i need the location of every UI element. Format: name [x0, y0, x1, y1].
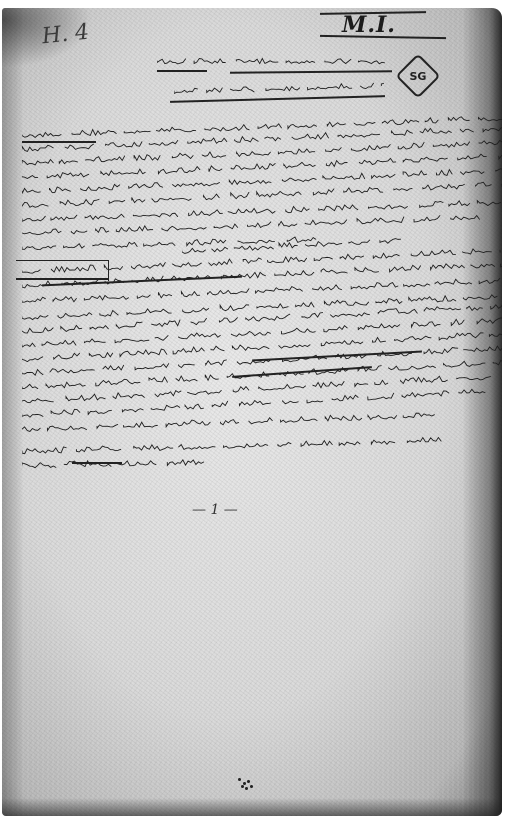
closing-underline	[72, 462, 122, 464]
page-left-shadow	[2, 8, 24, 816]
handwritten-line	[174, 81, 384, 94]
reference-number: M.I.	[342, 12, 396, 38]
stamp-text: SG	[410, 69, 427, 82]
page-bottom-shadow	[2, 798, 502, 816]
section-2-heading-underline	[16, 278, 108, 280]
handwritten-line	[157, 56, 392, 64]
subtitle-underline	[170, 95, 385, 102]
archive-mark: H. 4	[41, 20, 91, 50]
handwritten-line	[22, 435, 442, 454]
monogram-stamp-icon: SG	[395, 53, 440, 98]
title-underline-1	[157, 70, 207, 72]
manuscript-page: M.I. H. 4 SG — 1 —	[2, 8, 502, 816]
page-number-mark: — 1 —	[192, 502, 238, 518]
ref-underline	[320, 35, 446, 39]
section-1-underline	[22, 141, 96, 143]
title-underline-2	[230, 70, 392, 73]
